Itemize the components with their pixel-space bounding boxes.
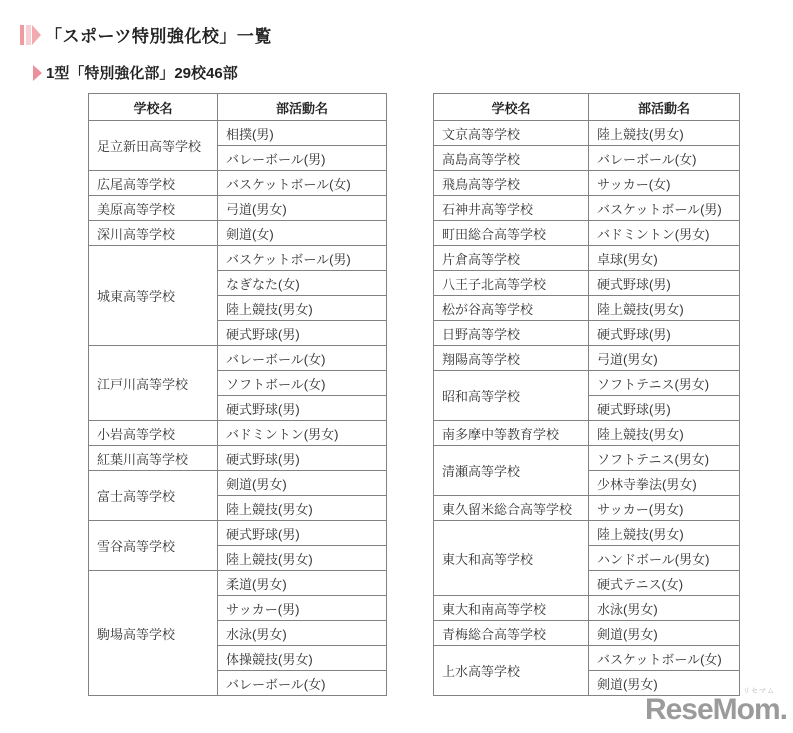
table-row: 昭和高等学校ソフトテニス(男女)	[434, 371, 740, 396]
club-name-cell: バドミントン(男女)	[218, 421, 387, 446]
club-name-cell: 硬式野球(男)	[218, 321, 387, 346]
club-name-header: 部活動名	[589, 94, 740, 121]
club-name-cell: バレーボール(女)	[589, 146, 740, 171]
school-name-cell: 東大和高等学校	[434, 521, 589, 596]
page-title: 「スポーツ特別強化校」一覧	[45, 22, 272, 47]
table-row: 八王子北高等学校硬式野球(男)	[434, 271, 740, 296]
table-row: 深川高等学校剣道(女)	[89, 221, 387, 246]
school-name-cell: 紅葉川高等学校	[89, 446, 218, 471]
school-name-cell: 日野高等学校	[434, 321, 589, 346]
school-name-cell: 松が谷高等学校	[434, 296, 589, 321]
club-name-cell: サッカー(男女)	[589, 496, 740, 521]
school-name-cell: 八王子北高等学校	[434, 271, 589, 296]
club-name-cell: 硬式野球(男)	[218, 396, 387, 421]
school-name-cell: 東久留米総合高等学校	[434, 496, 589, 521]
table-row: 高島高等学校バレーボール(女)	[434, 146, 740, 171]
club-name-cell: 少林寺拳法(男女)	[589, 471, 740, 496]
club-name-cell: バドミントン(男女)	[589, 221, 740, 246]
club-name-cell: 陸上競技(男女)	[589, 521, 740, 546]
club-name-header: 部活動名	[218, 94, 387, 121]
club-name-cell: ハンドボール(男女)	[589, 546, 740, 571]
triangle-bullet-icon	[33, 65, 42, 81]
club-name-cell: 剣道(男女)	[589, 671, 740, 696]
club-name-cell: 陸上競技(男女)	[589, 421, 740, 446]
school-name-cell: 昭和高等学校	[434, 371, 589, 421]
table-header-row: 学校名 部活動名	[89, 94, 387, 121]
table-row: 東久留米総合高等学校サッカー(男女)	[434, 496, 740, 521]
table-row: 町田総合高等学校バドミントン(男女)	[434, 221, 740, 246]
club-name-cell: 弓道(男女)	[218, 196, 387, 221]
club-name-cell: 弓道(男女)	[589, 346, 740, 371]
section-subtitle: 1型「特別強化部」29校46部	[46, 62, 238, 83]
table-header-row: 学校名 部活動名	[434, 94, 740, 121]
table-row: 駒場高等学校柔道(男女)	[89, 571, 387, 596]
club-name-cell: バレーボール(女)	[218, 346, 387, 371]
school-name-cell: 雪谷高等学校	[89, 521, 218, 571]
school-name-header: 学校名	[434, 94, 589, 121]
club-name-cell: バスケットボール(女)	[589, 646, 740, 671]
club-name-cell: 陸上競技(男女)	[218, 546, 387, 571]
school-name-header: 学校名	[89, 94, 218, 121]
club-name-cell: 陸上競技(男女)	[589, 121, 740, 146]
club-name-cell: 水泳(男女)	[589, 596, 740, 621]
table-row: 翔陽高等学校弓道(男女)	[434, 346, 740, 371]
school-name-cell: 青梅総合高等学校	[434, 621, 589, 646]
table-row: 松が谷高等学校陸上競技(男女)	[434, 296, 740, 321]
club-name-cell: 体操競技(男女)	[218, 646, 387, 671]
club-name-cell: 陸上競技(男女)	[218, 296, 387, 321]
club-name-cell: 陸上競技(男女)	[589, 296, 740, 321]
school-name-cell: 上水高等学校	[434, 646, 589, 696]
club-name-cell: 剣道(女)	[218, 221, 387, 246]
table-row: 雪谷高等学校硬式野球(男)	[89, 521, 387, 546]
table-row: 東大和南高等学校水泳(男女)	[434, 596, 740, 621]
club-name-cell: バレーボール(男)	[218, 146, 387, 171]
school-name-cell: 石神井高等学校	[434, 196, 589, 221]
school-name-cell: 清瀬高等学校	[434, 446, 589, 496]
schools-table-left: 学校名 部活動名 足立新田高等学校相撲(男)バレーボール(男)広尾高等学校バスケ…	[88, 93, 387, 696]
school-name-cell: 南多摩中等教育学校	[434, 421, 589, 446]
table-row: 文京高等学校陸上競技(男女)	[434, 121, 740, 146]
table-row: 南多摩中等教育学校陸上競技(男女)	[434, 421, 740, 446]
table-row: 石神井高等学校バスケットボール(男)	[434, 196, 740, 221]
club-name-cell: ソフトテニス(男女)	[589, 371, 740, 396]
table-row: 富士高等学校剣道(男女)	[89, 471, 387, 496]
club-name-cell: 剣道(男女)	[218, 471, 387, 496]
table-row: 青梅総合高等学校剣道(男女)	[434, 621, 740, 646]
club-name-cell: 水泳(男女)	[218, 621, 387, 646]
school-name-cell: 翔陽高等学校	[434, 346, 589, 371]
school-name-cell: 小岩高等学校	[89, 421, 218, 446]
table-row: 東大和高等学校陸上競技(男女)	[434, 521, 740, 546]
school-name-cell: 美原高等学校	[89, 196, 218, 221]
school-name-cell: 広尾高等学校	[89, 171, 218, 196]
club-name-cell: サッカー(男)	[218, 596, 387, 621]
club-name-cell: バレーボール(女)	[218, 671, 387, 696]
schools-table-right: 学校名 部活動名 文京高等学校陸上競技(男女)高島高等学校バレーボール(女)飛鳥…	[433, 93, 740, 696]
table-row: 飛鳥高等学校サッカー(女)	[434, 171, 740, 196]
school-name-cell: 文京高等学校	[434, 121, 589, 146]
table-row: 小岩高等学校バドミントン(男女)	[89, 421, 387, 446]
table-row: 紅葉川高等学校硬式野球(男)	[89, 446, 387, 471]
table-row: 江戸川高等学校バレーボール(女)	[89, 346, 387, 371]
club-name-cell: 卓球(男女)	[589, 246, 740, 271]
page-title-row: 「スポーツ特別強化校」一覧	[20, 22, 272, 47]
club-name-cell: 剣道(男女)	[589, 621, 740, 646]
club-name-cell: ソフトボール(女)	[218, 371, 387, 396]
school-name-cell: 江戸川高等学校	[89, 346, 218, 421]
title-bars-icon	[20, 25, 41, 45]
table-row: 日野高等学校硬式野球(男)	[434, 321, 740, 346]
club-name-cell: サッカー(女)	[589, 171, 740, 196]
school-name-cell: 高島高等学校	[434, 146, 589, 171]
school-name-cell: 飛鳥高等学校	[434, 171, 589, 196]
school-name-cell: 片倉高等学校	[434, 246, 589, 271]
school-name-cell: 城東高等学校	[89, 246, 218, 346]
club-name-cell: バスケットボール(男)	[589, 196, 740, 221]
school-name-cell: 町田総合高等学校	[434, 221, 589, 246]
club-name-cell: 相撲(男)	[218, 121, 387, 146]
club-name-cell: ソフトテニス(男女)	[589, 446, 740, 471]
table-row: 片倉高等学校卓球(男女)	[434, 246, 740, 271]
club-name-cell: 柔道(男女)	[218, 571, 387, 596]
school-name-cell: 足立新田高等学校	[89, 121, 218, 171]
club-name-cell: 硬式野球(男)	[218, 521, 387, 546]
resemom-logo: リセマム ReseMom.	[645, 695, 787, 725]
club-name-cell: 硬式野球(男)	[589, 321, 740, 346]
table-row: 美原高等学校弓道(男女)	[89, 196, 387, 221]
resemom-logo-text: ReseMom.	[645, 693, 787, 726]
school-name-cell: 深川高等学校	[89, 221, 218, 246]
club-name-cell: 硬式テニス(女)	[589, 571, 740, 596]
club-name-cell: 硬式野球(男)	[589, 271, 740, 296]
club-name-cell: バスケットボール(女)	[218, 171, 387, 196]
section-subtitle-row: 1型「特別強化部」29校46部	[33, 62, 238, 83]
table-row: 足立新田高等学校相撲(男)	[89, 121, 387, 146]
club-name-cell: バスケットボール(男)	[218, 246, 387, 271]
table-row: 城東高等学校バスケットボール(男)	[89, 246, 387, 271]
school-name-cell: 駒場高等学校	[89, 571, 218, 696]
club-name-cell: なぎなた(女)	[218, 271, 387, 296]
club-name-cell: 陸上競技(男女)	[218, 496, 387, 521]
school-name-cell: 東大和南高等学校	[434, 596, 589, 621]
table-row: 上水高等学校バスケットボール(女)	[434, 646, 740, 671]
resemom-logo-ruby: リセマム	[743, 688, 775, 695]
club-name-cell: 硬式野球(男)	[589, 396, 740, 421]
table-row: 清瀬高等学校ソフトテニス(男女)	[434, 446, 740, 471]
school-name-cell: 富士高等学校	[89, 471, 218, 521]
club-name-cell: 硬式野球(男)	[218, 446, 387, 471]
table-row: 広尾高等学校バスケットボール(女)	[89, 171, 387, 196]
